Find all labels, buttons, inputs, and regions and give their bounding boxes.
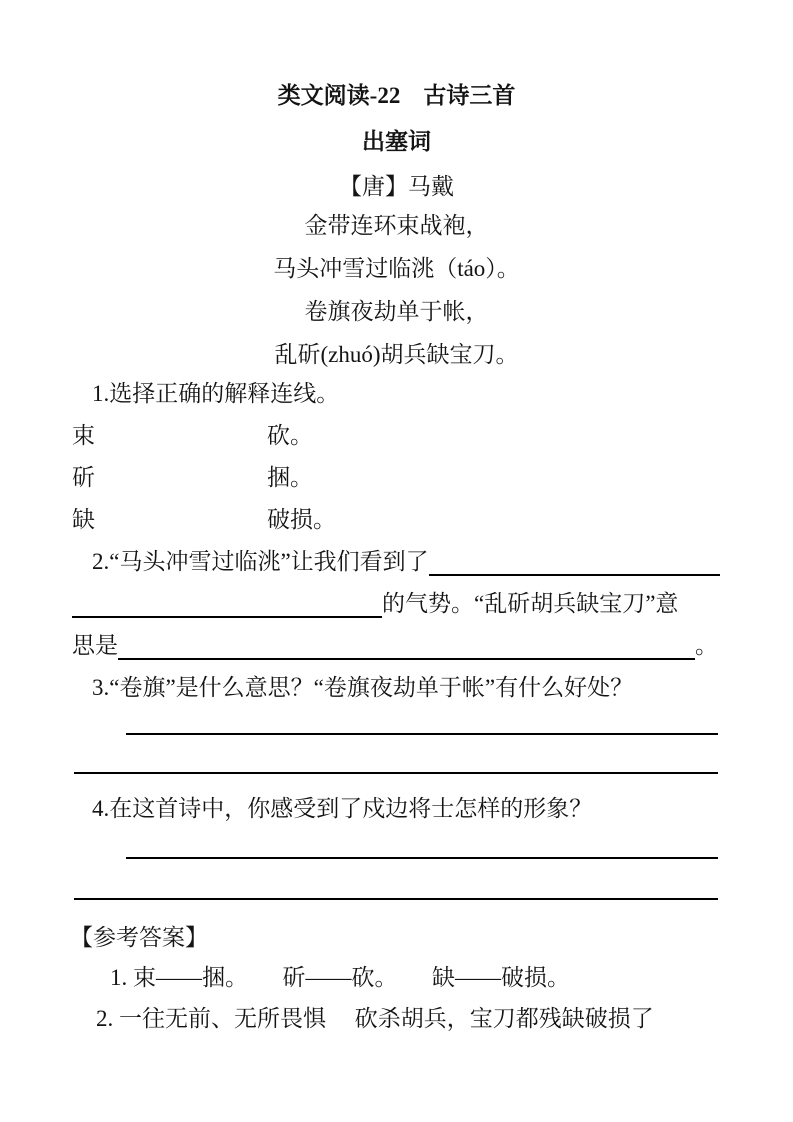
- question-1: 1.选择正确的解释连线。: [92, 378, 339, 410]
- question-2-text: 2.“马头冲雪过临洮”让我们看到了: [92, 546, 429, 578]
- answer-writing-line: [126, 733, 718, 735]
- match-right-definition: 破损。: [267, 507, 336, 532]
- poem-title: 出塞词: [0, 126, 793, 158]
- fill-blank: [118, 630, 695, 660]
- question-2-text: 。: [695, 630, 718, 662]
- page-title: 类文阅读-22 古诗三首: [0, 80, 793, 112]
- poem-author: 【唐】马戴: [0, 171, 793, 203]
- match-left-term: 束: [72, 423, 95, 448]
- poem-line: 金带连环束战袍，: [0, 210, 793, 242]
- match-right-definition: 捆。: [267, 465, 313, 490]
- fill-blank: [429, 546, 720, 576]
- question-2-line-2: 的气势。“乱斫胡兵缺宝刀”意: [72, 588, 715, 620]
- question-2-text: 思是: [72, 630, 118, 662]
- match-row: 斫: [72, 462, 95, 494]
- poem-line: 马头冲雪过临洮（táo）。: [0, 253, 793, 285]
- poem-line: 卷旗夜劫单于帐，: [0, 296, 793, 328]
- answer-writing-line: [126, 857, 718, 859]
- poem-line: 乱斫(zhuó)胡兵缺宝刀。: [0, 339, 793, 371]
- fill-blank: [72, 588, 382, 618]
- question-2-line-1: 2.“马头冲雪过临洮”让我们看到了: [92, 546, 720, 578]
- match-row: 砍。: [267, 420, 313, 452]
- reference-answer-2: 2. 一往无前、无所畏惧 砍杀胡兵，宝刀都残缺破损了: [96, 1003, 654, 1035]
- match-row: 缺: [72, 504, 95, 536]
- question-3: 3.“卷旗”是什么意思？“卷旗夜劫单于帐”有什么好处？: [92, 672, 633, 704]
- match-row: 破损。: [267, 504, 336, 536]
- answer-writing-line: [74, 772, 718, 774]
- worksheet-page: 类文阅读-22 古诗三首 出塞词 【唐】马戴 金带连环束战袍， 马头冲雪过临洮（…: [0, 0, 793, 1122]
- question-2-text: 的气势。“乱斫胡兵缺宝刀”意: [382, 588, 678, 620]
- match-row: 束: [72, 420, 95, 452]
- answer-writing-line: [74, 898, 718, 900]
- reference-answers-header: 【参考答案】: [70, 922, 208, 954]
- question-2-line-3: 思是 。: [72, 630, 718, 662]
- match-row: 捆。: [267, 462, 313, 494]
- match-right-definition: 砍。: [267, 423, 313, 448]
- match-left-term: 缺: [72, 507, 95, 532]
- reference-answer-1: 1. 束——捆。 斫——砍。 缺——破损。: [110, 962, 570, 994]
- match-left-term: 斫: [72, 465, 95, 490]
- question-4: 4.在这首诗中，你感受到了戍边将士怎样的形象？: [92, 793, 592, 825]
